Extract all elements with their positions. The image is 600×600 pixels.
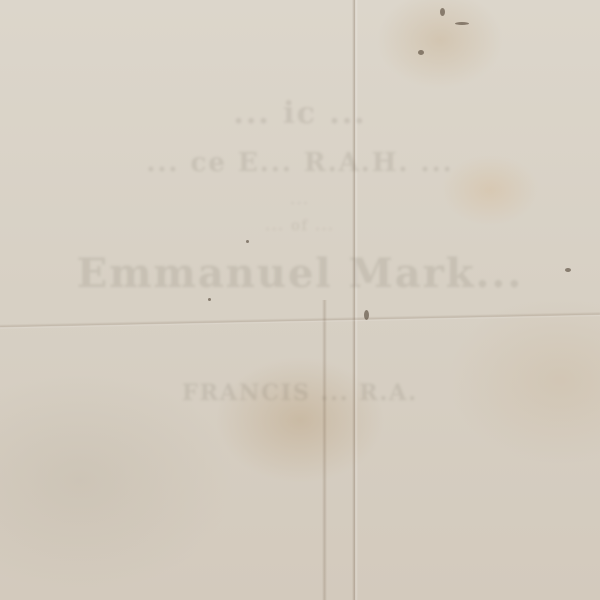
ink-spot — [418, 50, 424, 55]
bleed-through-text-line-4: ... of ... — [0, 218, 600, 234]
ink-spot — [440, 8, 445, 16]
horizontal-fold-crease — [0, 312, 600, 330]
ink-spot — [455, 22, 469, 25]
bleed-through-text-line-5: Emmanuel Mark... — [0, 250, 600, 297]
bleed-through-text-line-2: ... ce E... R.A.H. ... — [0, 148, 600, 178]
ink-spot — [208, 298, 211, 301]
secondary-fold-crease — [322, 300, 327, 600]
bleed-through-text-line-1: ... ic ... — [0, 96, 600, 131]
vertical-fold-crease — [352, 0, 358, 600]
ink-spot — [246, 240, 249, 243]
paper-photo: ... ic ... ... ce E... R.A.H. ... ... ..… — [0, 0, 600, 600]
ink-spot — [565, 268, 571, 272]
ink-spot — [364, 310, 369, 320]
bleed-through-text-line-3: ... — [0, 192, 600, 208]
bleed-through-text-line-6: FRANCIS ... R.A. — [0, 380, 600, 406]
